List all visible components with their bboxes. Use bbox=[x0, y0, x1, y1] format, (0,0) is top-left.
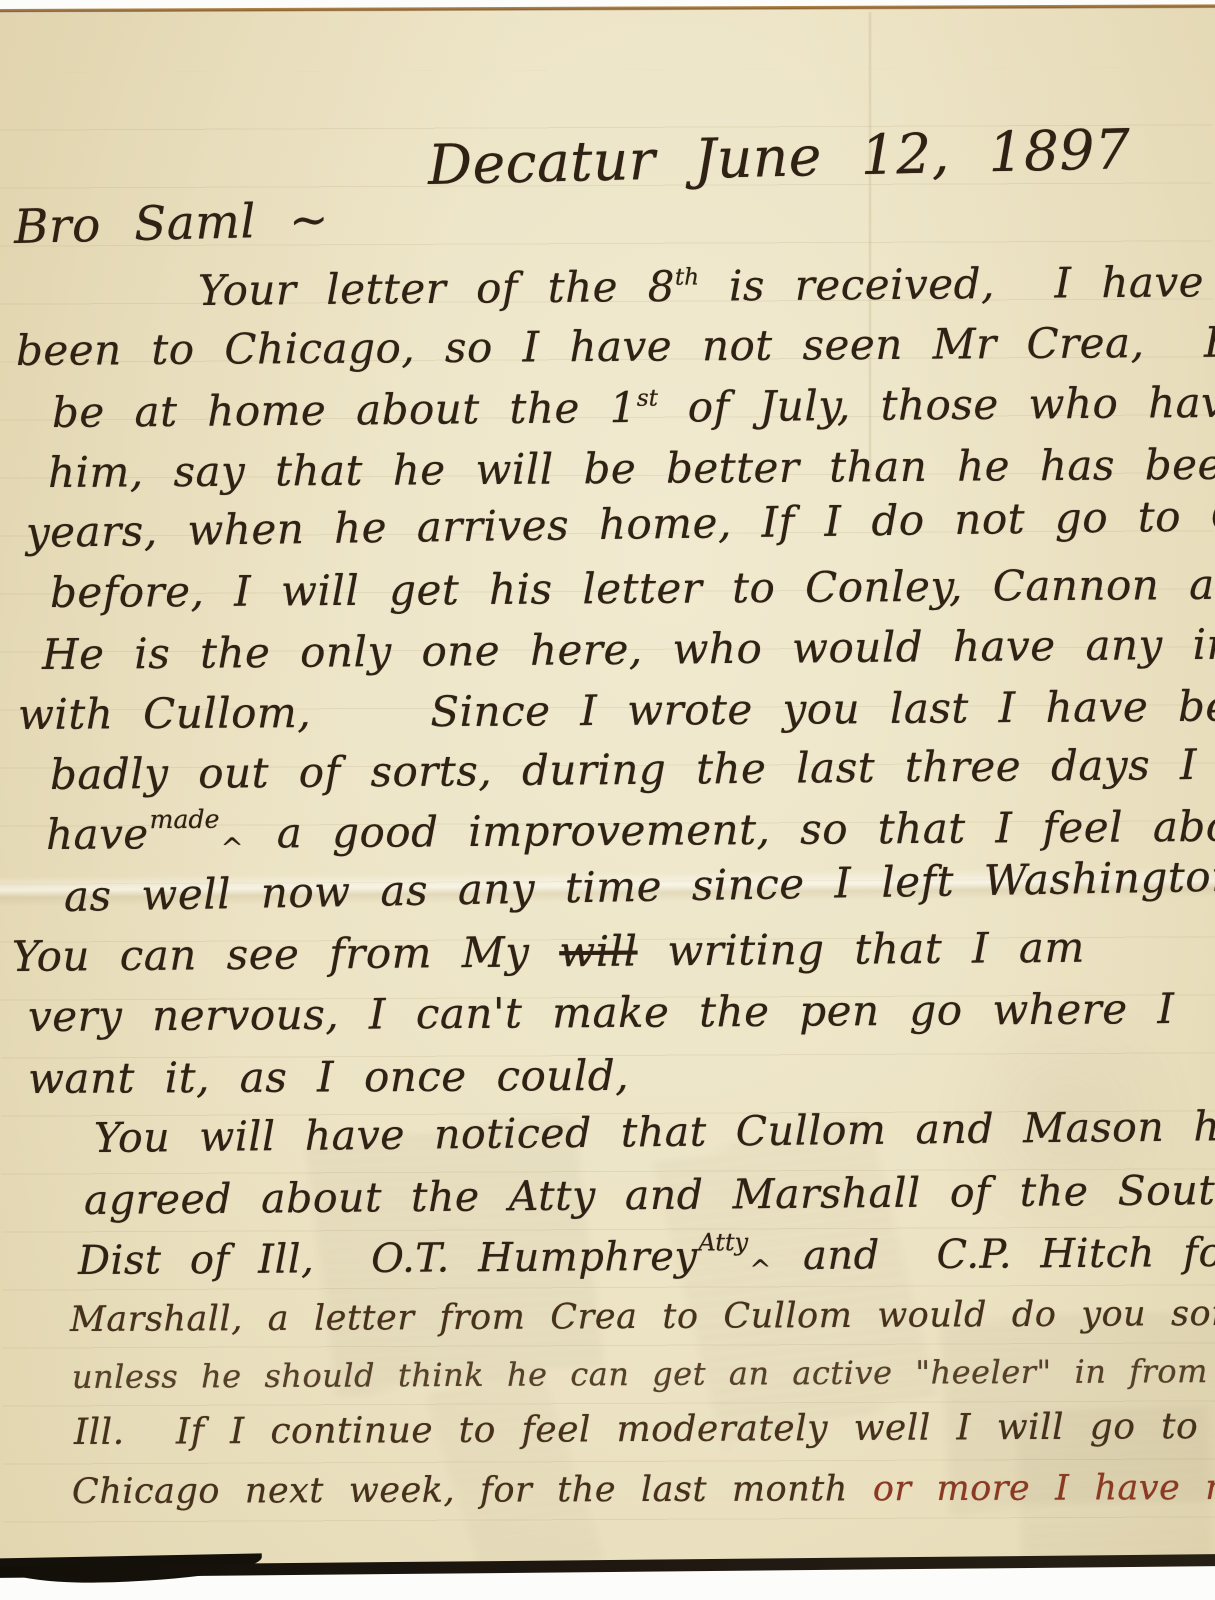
text-segment: Marshall, a letter from Crea to Cullom w… bbox=[70, 1293, 1215, 1340]
handwritten-line: havemade^ a good improvement, so that I … bbox=[46, 801, 1215, 859]
handwritten-line: agreed about the Atty and Marshall of th… bbox=[84, 1165, 1215, 1224]
handwritten-line: be at home about the 1st of July, those … bbox=[52, 376, 1215, 437]
handwritten-line: with Cullom, Since I wrote you last I ha… bbox=[18, 681, 1215, 739]
handwritten-line: years, when he arrives home, If I do not… bbox=[26, 489, 1215, 557]
handwritten-line: Your letter of the 8th is received, I ha… bbox=[198, 256, 1215, 315]
text-segment: You will have noticed that Cullom and Ma… bbox=[94, 1101, 1215, 1162]
handwritten-line: want it, as I once could, bbox=[28, 1051, 629, 1103]
handwritten-line: been to Chicago, so I have not seen Mr C… bbox=[16, 317, 1215, 375]
text-segment: have bbox=[46, 809, 149, 859]
handwritten-line: You can see from My will writing that I … bbox=[12, 923, 1085, 981]
letter-salutation: Bro Saml ~ bbox=[13, 192, 329, 255]
handwritten-line: before, I will get his letter to Conley,… bbox=[50, 558, 1215, 617]
text-segment: been to Chicago, so I have not seen Mr C… bbox=[16, 317, 1215, 375]
superscript-text: st bbox=[637, 386, 658, 412]
interline-inserted-word: Atty bbox=[698, 1228, 748, 1256]
text-segment: him, say that he will be better than he … bbox=[48, 439, 1215, 497]
text-segment: very nervous, I can't make the pen go wh… bbox=[28, 984, 1175, 1041]
handwritten-line: He is the only one here, who would have … bbox=[42, 618, 1215, 679]
text-segment: of July, those who have seen bbox=[658, 376, 1215, 431]
text-segment: before, I will get his letter to Conley,… bbox=[50, 558, 1215, 617]
handwritten-line: him, say that he will be better than he … bbox=[48, 439, 1215, 497]
letter-body: Decatur June 12, 1897 Bro Saml ~ Your le… bbox=[0, 0, 1215, 1600]
scanned-letter: Decatur June 12, 1897 Bro Saml ~ Your le… bbox=[0, 0, 1215, 1600]
text-segment: badly out of sorts, during the last thre… bbox=[50, 740, 1197, 799]
handwritten-line: Chicago next week, for the last month or… bbox=[72, 1468, 1215, 1512]
insertion-caret-icon: ^ bbox=[221, 833, 245, 864]
red-ink-text: or more I have not bbox=[873, 1468, 1215, 1509]
superscript-text: th bbox=[675, 264, 699, 290]
handwritten-line: Dist of Ill, O.T. HumphreyAtty^ and C.P.… bbox=[78, 1230, 1215, 1284]
letter-page: Decatur June 12, 1897 Bro Saml ~ Your le… bbox=[0, 0, 1215, 1600]
handwritten-line: Marshall, a letter from Crea to Cullom w… bbox=[70, 1293, 1215, 1340]
handwritten-line: unless he should think he can get an act… bbox=[72, 1352, 1208, 1396]
letter-dateline: Decatur June 12, 1897 bbox=[427, 117, 1131, 197]
text-segment: and C.P. Hitch for bbox=[774, 1230, 1215, 1279]
handwritten-line: very nervous, I can't make the pen go wh… bbox=[28, 984, 1175, 1041]
text-segment: unless he should think he can get an act… bbox=[72, 1352, 1208, 1396]
insertion-caret-icon: ^ bbox=[749, 1255, 772, 1285]
text-segment: is received, I have not bbox=[699, 256, 1215, 310]
handwritten-line: Ill. If I continue to feel moderately we… bbox=[74, 1406, 1198, 1453]
text-segment: He is the only one here, who would have … bbox=[42, 618, 1215, 679]
text-segment: You can see from My bbox=[12, 927, 560, 981]
interline-inserted-word: made bbox=[149, 805, 219, 834]
text-segment: agreed about the Atty and Marshall of th… bbox=[84, 1165, 1215, 1224]
text-segment: a good improvement, so that I feel about bbox=[247, 801, 1215, 857]
text-segment: Chicago next week, for the last month bbox=[72, 1469, 873, 1512]
text-segment: writing that I am bbox=[637, 923, 1085, 976]
handwritten-line: You will have noticed that Cullom and Ma… bbox=[94, 1101, 1215, 1162]
struck-out-word: will bbox=[559, 927, 638, 977]
text-segment: be at home about the 1 bbox=[52, 383, 637, 437]
handwritten-line: badly out of sorts, during the last thre… bbox=[50, 740, 1197, 799]
text-segment: Ill. If I continue to feel moderately we… bbox=[74, 1406, 1198, 1453]
text-segment: Dist of Ill, O.T. Humphrey bbox=[78, 1234, 698, 1284]
text-segment: with Cullom, Since I wrote you last I ha… bbox=[18, 681, 1215, 739]
text-segment: want it, as I once could, bbox=[28, 1051, 629, 1103]
text-segment: years, when he arrives home, If I do not… bbox=[26, 489, 1215, 557]
text-segment: Your letter of the 8 bbox=[198, 262, 675, 315]
